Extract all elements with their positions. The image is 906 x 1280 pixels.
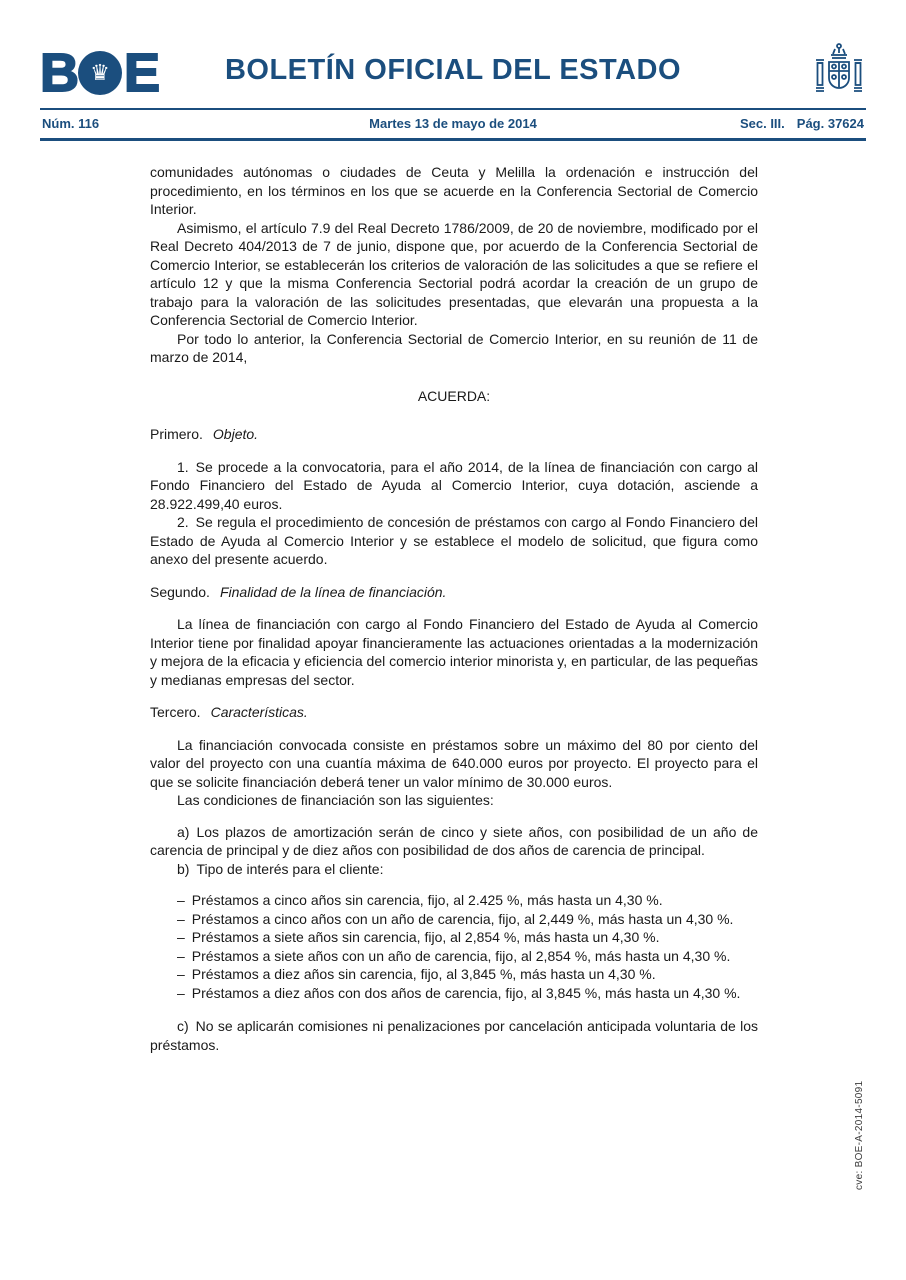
spain-coat-of-arms-icon: [812, 42, 866, 104]
paragraph: Las condiciones de financiación son las …: [150, 791, 758, 810]
section-heading: Tercero.Características.: [150, 703, 758, 722]
paragraph: b) Tipo de interés para el cliente:: [150, 860, 758, 879]
boe-logo-letter-o: ♛: [78, 51, 122, 95]
list-item: – Préstamos a siete años sin carencia, f…: [150, 928, 758, 947]
paragraph: comunidades autónomas o ciudades de Ceut…: [150, 163, 758, 219]
list-item: – Préstamos a siete años con un año de c…: [150, 947, 758, 966]
section-heading-label: Segundo.: [150, 584, 210, 600]
list-item: – Préstamos a diez años con dos años de …: [150, 984, 758, 1003]
issue-date: Martes 13 de mayo de 2014: [369, 116, 537, 131]
section-heading-title: Características.: [211, 704, 308, 720]
section-heading-label: Tercero.: [150, 704, 201, 720]
paragraph: Asimismo, el artículo 7.9 del Real Decre…: [150, 219, 758, 330]
list-item: – Préstamos a diez años sin carencia, fi…: [150, 965, 758, 984]
document-body: comunidades autónomas o ciudades de Ceut…: [150, 163, 758, 1054]
paragraph: 2. Se regula el procedimiento de concesi…: [150, 513, 758, 569]
page-title: BOLETÍN OFICIAL DEL ESTADO: [225, 54, 681, 87]
boe-logo: B♛E: [40, 48, 157, 98]
section-label: Sec. III.: [740, 116, 785, 131]
cve-vertical-code: cve: BOE-A-2014-5091: [854, 1081, 865, 1190]
paragraph: La financiación convocada consiste en pr…: [150, 736, 758, 792]
page-number: Pág. 37624: [797, 116, 864, 131]
section-heading-title: Finalidad de la línea de financiación.: [220, 584, 447, 600]
header-divider-bottom: [40, 138, 866, 141]
section-heading: Segundo.Finalidad de la línea de financi…: [150, 583, 758, 602]
paragraph: a) Los plazos de amortización serán de c…: [150, 823, 758, 860]
issue-number: Núm. 116: [42, 116, 99, 131]
paragraph: Por todo lo anterior, la Conferencia Sec…: [150, 330, 758, 367]
paragraph: c) No se aplicarán comisiones ni penaliz…: [150, 1017, 758, 1054]
masthead: B♛E BOLETÍN OFICIAL DEL ESTADO: [40, 42, 866, 104]
list-item: – Préstamos a cinco años sin carencia, f…: [150, 891, 758, 910]
header-meta-row: Núm. 116 Martes 13 de mayo de 2014 Sec. …: [40, 110, 866, 138]
section-heading: Primero.Objeto.: [150, 425, 758, 444]
crown-emblem-icon: ♛: [90, 62, 110, 84]
section-heading-label: Primero.: [150, 426, 203, 442]
paragraph: 1. Se procede a la convocatoria, para el…: [150, 458, 758, 514]
section-page-group: Sec. III.Pág. 37624: [728, 116, 864, 131]
section-heading-title: Objeto.: [213, 426, 258, 442]
list-item: – Préstamos a cinco años con un año de c…: [150, 910, 758, 929]
page-header: B♛E BOLETÍN OFICIAL DEL ESTADO: [40, 42, 866, 141]
paragraph: La línea de financiación con cargo al Fo…: [150, 615, 758, 689]
acuerda-heading: ACUERDA:: [150, 387, 758, 406]
boe-logo-letter-b: B: [40, 48, 76, 98]
boe-logo-letter-e: E: [124, 48, 157, 98]
